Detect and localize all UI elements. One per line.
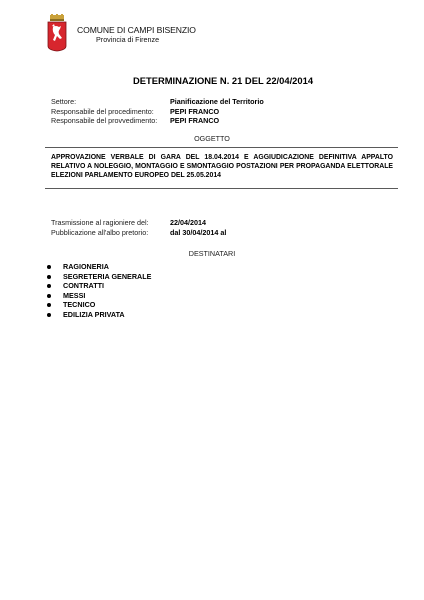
trasmissione-value: 22/04/2014 [170, 218, 206, 227]
list-item: SEGRETERIA GENERALE [46, 272, 151, 282]
list-item: CONTRATTI [46, 281, 151, 291]
pubblicazione-value: dal 30/04/2014 al [170, 228, 226, 237]
destinatario-label: EDILIZIA PRIVATA [63, 310, 125, 319]
comune-name: COMUNE DI CAMPI BISENZIO [77, 25, 196, 35]
info-row-responsabile-provvedimento: Responsabile del provvedimento: PEPI FRA… [51, 116, 411, 126]
pubblicazione-row: Pubblicazione all'albo pretorio: dal 30/… [51, 228, 411, 238]
info-label: Responsabile del provvedimento: [51, 116, 157, 125]
oggetto-bottom-divider [45, 188, 398, 189]
bullet-icon [47, 275, 51, 279]
bullet-icon [47, 265, 51, 269]
document-title-text: DETERMINAZIONE N. 21 DEL 22/04/2014 [133, 75, 313, 86]
oggetto-heading: OGGETTO [0, 134, 424, 143]
destinatari-list: RAGIONERIA SEGRETERIA GENERALE CONTRATTI… [46, 262, 151, 320]
list-item: TECNICO [46, 300, 151, 310]
destinatari-heading: DESTINATARI [0, 249, 424, 258]
bullet-icon [47, 294, 51, 298]
info-row-settore: Settore: Pianificazione del Territorio [51, 97, 411, 107]
list-item: EDILIZIA PRIVATA [46, 310, 151, 320]
bullet-icon [47, 284, 51, 288]
pubblicazione-label: Pubblicazione all'albo pretorio: [51, 228, 148, 237]
destinatario-label: SEGRETERIA GENERALE [63, 272, 151, 281]
destinatario-label: RAGIONERIA [63, 262, 109, 271]
bullet-icon [47, 303, 51, 307]
oggetto-top-divider [45, 147, 398, 148]
destinatario-label: CONTRATTI [63, 281, 104, 290]
document-title: DETERMINAZIONE N. 21 DEL 22/04/2014 [0, 75, 424, 86]
trasmissione-row: Trasmissione al ragioniere del: 22/04/20… [51, 218, 411, 228]
list-item: MESSI [46, 291, 151, 301]
destinatario-label: MESSI [63, 291, 85, 300]
info-value: PEPI FRANCO [170, 116, 219, 125]
info-value: PEPI FRANCO [170, 107, 219, 116]
coat-of-arms-icon [47, 14, 67, 52]
trasmissione-label: Trasmissione al ragioniere del: [51, 218, 149, 227]
info-label: Settore: [51, 97, 76, 106]
oggetto-text: APPROVAZIONE VERBALE DI GARA DEL 18.04.2… [51, 153, 393, 181]
bullet-icon [47, 313, 51, 317]
info-label: Responsabile del procedimento: [51, 107, 154, 116]
info-value: Pianificazione del Territorio [170, 97, 264, 106]
list-item: RAGIONERIA [46, 262, 151, 272]
destinatario-label: TECNICO [63, 300, 95, 309]
provincia-name: Provincia di Firenze [96, 35, 159, 44]
